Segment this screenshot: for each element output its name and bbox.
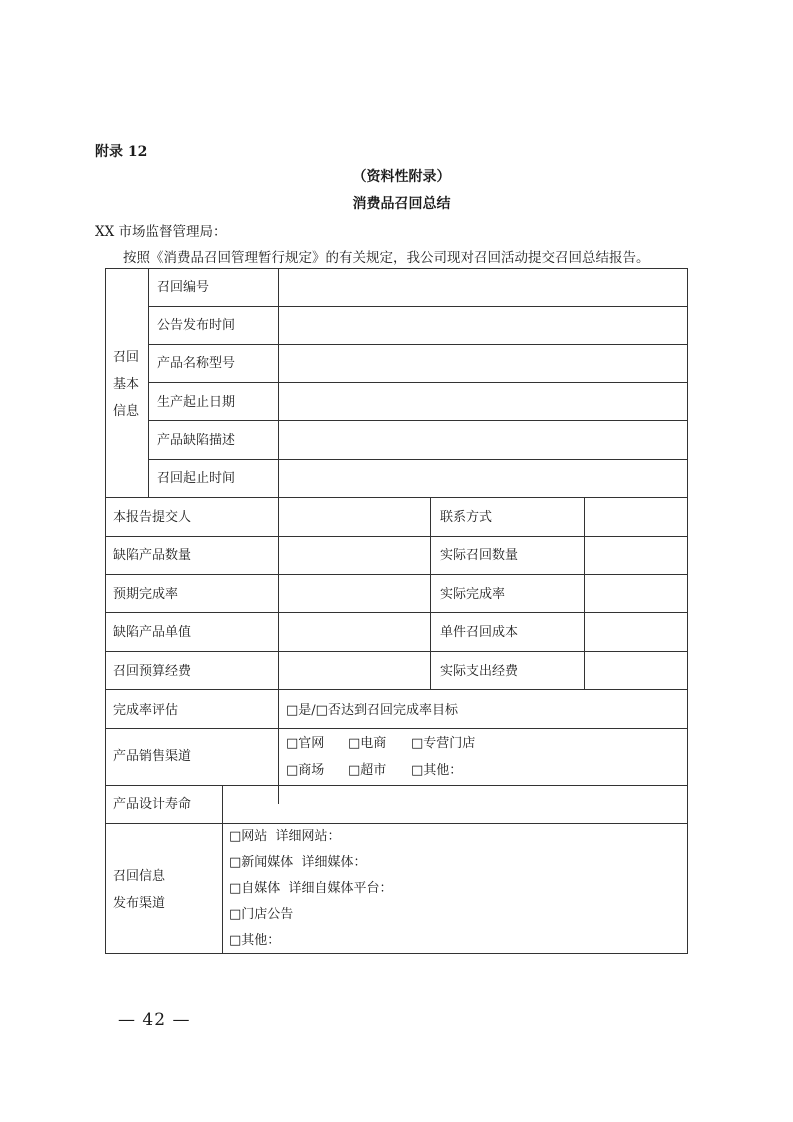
label-contact: 联系方式 [440, 510, 492, 526]
label-sales-channels: 产品销售渠道 [113, 749, 191, 765]
intro-paragraph: 按照《消费品召回管理暂行规定》的有关规定，我公司现对召回活动提交召回总结报告。 [123, 246, 650, 266]
field-label-recall-period: 召回起止时间 [157, 471, 235, 487]
field-value-product-name-model[interactable] [285, 356, 680, 376]
field-label-production-dates: 生产起止日期 [157, 395, 235, 411]
value-submitter[interactable] [285, 510, 423, 530]
field-label-product-name-model: 产品名称型号 [157, 356, 235, 372]
checkbox-other-publish[interactable]: □其他： [229, 933, 280, 949]
value-actual-completion-rate[interactable] [590, 587, 682, 607]
value-recall-budget[interactable] [285, 664, 423, 684]
checkbox-exclusive-store[interactable]: □专营门店 [411, 736, 475, 752]
checkbox-official-site[interactable]: □官网 [286, 736, 324, 752]
field-label-announcement-time: 公告发布时间 [157, 318, 235, 334]
publish-channels-label-line1: 召回信息 [113, 869, 165, 885]
field-label-recall-number: 召回编号 [157, 280, 209, 296]
addressee: XX 市场监督管理局： [95, 220, 227, 240]
label-actual-completion-rate: 实际完成率 [440, 587, 505, 603]
divider [105, 689, 688, 690]
value-defective-unit-value[interactable] [285, 625, 423, 645]
value-unit-recall-cost[interactable] [590, 625, 682, 645]
field-value-recall-number[interactable] [285, 280, 680, 300]
checkbox-mall[interactable]: □商场 [286, 763, 324, 779]
divider [105, 785, 688, 786]
value-contact[interactable] [590, 510, 682, 530]
divider [105, 536, 688, 537]
divider [105, 823, 688, 824]
divider [105, 612, 688, 613]
label-design-life: 产品设计寿命 [113, 797, 191, 813]
document-title: 消费品召回总结 [0, 193, 793, 213]
value-actual-expenditure[interactable] [590, 664, 682, 684]
checkbox-news-media[interactable]: □新闻媒体 详细媒体： [229, 855, 367, 871]
label-expected-completion-rate: 预期完成率 [113, 587, 178, 603]
completion-evaluation-checkbox[interactable]: □是/□否达到召回完成率目标 [286, 703, 458, 719]
checkbox-supermarket[interactable]: □超市 [348, 763, 386, 779]
field-value-defect-description[interactable] [285, 433, 680, 453]
checkbox-website[interactable]: □网站 详细网站： [229, 829, 341, 845]
divider [105, 574, 688, 575]
label-unit-recall-cost: 单件召回成本 [440, 625, 518, 641]
label-actual-recalled-quantity: 实际召回数量 [440, 548, 518, 564]
value-design-life[interactable] [230, 797, 680, 817]
checkbox-ecommerce[interactable]: □电商 [348, 736, 386, 752]
label-recall-budget: 召回预算经费 [113, 664, 191, 680]
label-completion-evaluation: 完成率评估 [113, 703, 178, 719]
divider [148, 459, 688, 460]
divider [105, 651, 688, 652]
checkbox-store-notice[interactable]: □门店公告 [229, 907, 293, 923]
divider [148, 306, 688, 307]
label-actual-expenditure: 实际支出经费 [440, 664, 518, 680]
field-value-production-dates[interactable] [285, 395, 680, 415]
table-border-top [105, 268, 688, 269]
value-defective-quantity[interactable] [285, 548, 423, 568]
divider [105, 497, 688, 498]
divider [148, 344, 688, 345]
basic-info-group-label-line1: 召回 [113, 350, 139, 366]
basic-info-group-label-line3: 信息 [113, 404, 139, 420]
field-value-announcement-time[interactable] [285, 318, 680, 338]
label-defective-unit-value: 缺陷产品单值 [113, 625, 191, 641]
field-label-defect-description: 产品缺陷描述 [157, 433, 235, 449]
label-defective-quantity: 缺陷产品数量 [113, 548, 191, 564]
table-border-bottom [105, 953, 688, 954]
checkbox-self-media[interactable]: □自媒体 详细自媒体平台： [229, 881, 393, 897]
checkbox-other-sales[interactable]: □其他： [411, 763, 462, 779]
divider [148, 382, 688, 383]
divider [430, 497, 431, 689]
value-actual-recalled-quantity[interactable] [590, 548, 682, 568]
value-expected-completion-rate[interactable] [285, 587, 423, 607]
table-border-left [105, 268, 106, 954]
table-border-right [687, 268, 688, 954]
page-number: — 42 — [118, 1010, 190, 1030]
divider [222, 785, 223, 954]
basic-info-group-label-line2: 基本 [113, 377, 139, 393]
appendix-subtitle: （资料性附录） [0, 166, 793, 186]
divider [148, 420, 688, 421]
appendix-label: 附录 12 [95, 141, 147, 161]
label-submitter: 本报告提交人 [113, 510, 191, 526]
divider [584, 497, 585, 689]
field-value-recall-period[interactable] [285, 471, 680, 491]
divider [105, 728, 688, 729]
publish-channels-label-line2: 发布渠道 [113, 896, 165, 912]
